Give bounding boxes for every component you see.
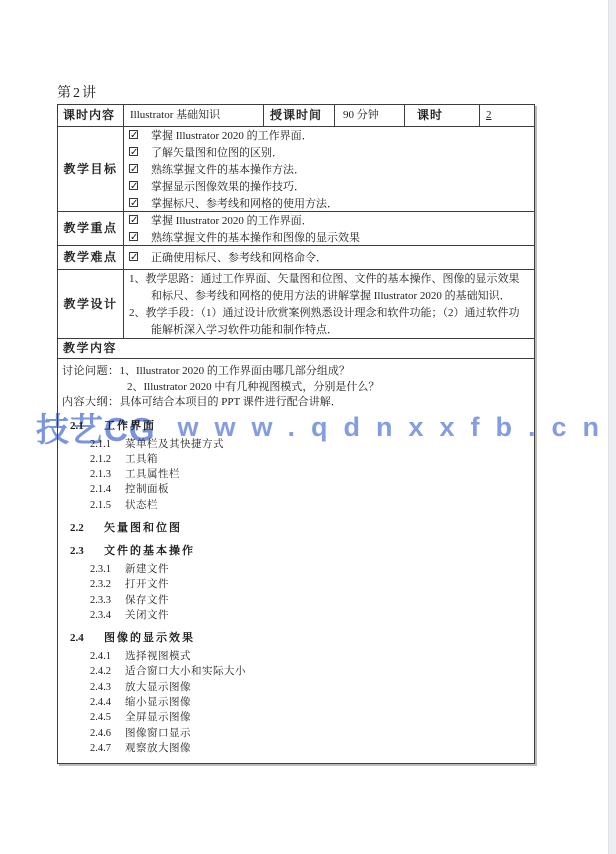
outline-number: 2.1.1: [90, 437, 116, 452]
outline-sub-item: 2.3.3保存文件: [62, 593, 528, 608]
outline-number: 2.2: [70, 521, 94, 536]
outline-number: 2.4.6: [90, 726, 116, 741]
outline-number: 2.3.1: [90, 562, 116, 577]
checked-checkbox-icon: [129, 215, 138, 224]
class-hours-label: 课时: [404, 105, 479, 126]
outline-number: 2.4.5: [90, 710, 116, 725]
teaching-content-body-row: 讨论问题：1、Illustrator 2020 的工作界面由哪几部分组成？ 2、…: [58, 358, 534, 763]
focus-item: 掌握 Illustrator 2020 的工作界面．: [129, 213, 530, 230]
outline-section-heading: 2.4图像的显示效果: [62, 631, 528, 646]
outline-text: 矢量图和位图: [104, 522, 182, 534]
outline-text: 控制面板: [125, 484, 169, 495]
outline-number: 2.1: [70, 419, 94, 434]
outline-sub-item: 2.3.2打开文件: [62, 577, 528, 592]
outline-sub-item: 2.4.1选择视图模式: [62, 649, 528, 664]
outline-sub-item: 2.1.2工具箱: [62, 452, 528, 467]
teaching-design-content: 1、教学思路：通过工作界面、矢量图和位图、文件的基本操作、图像的显示效果和标尺、…: [123, 270, 534, 338]
discussion-question-2: 2、Illustrator 2020 中有几种视图模式，分别是什么？: [62, 380, 528, 396]
focus-item-text: 熟练掌握文件的基本操作和图像的显示效果: [151, 230, 360, 245]
checked-checkbox-icon: [129, 164, 138, 173]
outline-sub-item: 2.4.2适合窗口大小和实际大小: [62, 664, 528, 679]
teaching-focus-row: 教学重点 掌握 Illustrator 2020 的工作界面． 熟练掌握文件的基…: [58, 211, 534, 245]
checked-checkbox-icon: [129, 147, 138, 156]
outline-number: 2.4.1: [90, 649, 116, 664]
outline-number: 2.4.4: [90, 695, 116, 710]
difficulty-item-text: 正确使用标尺、参考线和网格命令．: [151, 250, 327, 267]
checked-checkbox-icon: [129, 232, 138, 241]
difficulty-item: 正确使用标尺、参考线和网格命令．: [129, 250, 327, 267]
class-hours-value: 2: [486, 107, 492, 124]
outline-number: 2.4.2: [90, 664, 116, 679]
outline-sub-item: 2.3.1新建文件: [62, 562, 528, 577]
outline-number: 2.1.2: [90, 452, 116, 467]
outline-note-line: 内容大纲：具体可结合本项目的 PPT 课件进行配合讲解．: [62, 395, 528, 411]
outline-text: 图像窗口显示: [125, 728, 191, 739]
checked-checkbox-icon: [129, 252, 138, 261]
teaching-difficulty-label: 教学难点: [58, 246, 123, 269]
outline-sub-item: 2.4.3放大显示图像: [62, 680, 528, 695]
goal-item: 熟练掌握文件的基本操作方法．: [129, 162, 530, 179]
focus-item: 熟练掌握文件的基本操作和图像的显示效果: [129, 230, 530, 245]
focus-item-text: 掌握 Illustrator 2020 的工作界面．: [151, 213, 313, 230]
teaching-goals-label: 教学目标: [58, 127, 123, 211]
goal-item: 掌握 Illustrator 2020 的工作界面．: [129, 128, 530, 145]
outline-text: 菜单栏及其快捷方式: [125, 439, 224, 450]
teaching-goals-row: 教学目标 掌握 Illustrator 2020 的工作界面． 了解矢量图和位图…: [58, 126, 534, 211]
outline-number: 2.1.4: [90, 482, 116, 497]
outline-number: 2.3.3: [90, 593, 116, 608]
outline-sub-item: 2.4.6图像窗口显示: [62, 726, 528, 741]
checked-checkbox-icon: [129, 198, 138, 207]
outline-number: 2.4: [70, 631, 94, 646]
goal-item-text: 了解矢量图和位图的区别．: [151, 145, 283, 162]
outline-text: 选择视图模式: [125, 651, 191, 662]
outline-text: 放大显示图像: [125, 682, 191, 693]
outline-number: 2.4.7: [90, 741, 116, 756]
outline-number: 2.1.3: [90, 467, 116, 482]
teaching-time-value: 90 分钟: [334, 105, 404, 126]
outline-text: 关闭文件: [125, 610, 169, 621]
lesson-plan-table: 课时内容 Illustrator 基础知识 授课时间 90 分钟 课时 2 教学…: [57, 104, 535, 764]
header-row: 课时内容 Illustrator 基础知识 授课时间 90 分钟 课时 2: [58, 105, 534, 126]
goal-item: 掌握标尺、参考线和网格的使用方法．: [129, 196, 530, 211]
outline-text: 状态栏: [125, 500, 158, 511]
teaching-design-label: 教学设计: [58, 270, 123, 338]
outline-sub-item: 2.1.3工具属性栏: [62, 467, 528, 482]
teaching-content-header-row: 教学内容: [58, 338, 534, 358]
teaching-content-body: 讨论问题：1、Illustrator 2020 的工作界面由哪几部分组成？ 2、…: [58, 359, 534, 763]
discussion-question-1: 1、Illustrator 2020 的工作界面由哪几部分组成？: [120, 365, 350, 377]
design-paragraph: 1、教学思路：通过工作界面、矢量图和位图、文件的基本操作、图像的显示效果和标尺、…: [129, 271, 528, 305]
outline-number: 2.3: [70, 544, 94, 559]
goal-item: 掌握显示图像效果的操作技巧．: [129, 179, 530, 196]
teaching-difficulty-content: 正确使用标尺、参考线和网格命令．: [123, 246, 534, 269]
checked-checkbox-icon: [129, 181, 138, 190]
outline-section-heading: 2.3文件的基本操作: [62, 544, 528, 559]
class-content-value: Illustrator 基础知识: [123, 105, 263, 126]
outline-text: 文件的基本操作: [104, 545, 195, 557]
outline-sub-item: 2.3.4关闭文件: [62, 608, 528, 623]
goal-item-text: 熟练掌握文件的基本操作方法．: [151, 162, 305, 179]
outline-number: 2.3.4: [90, 608, 116, 623]
teaching-focus-label: 教学重点: [58, 212, 123, 245]
goal-item-text: 掌握 Illustrator 2020 的工作界面．: [151, 128, 313, 145]
outline-sub-item: 2.1.4控制面板: [62, 482, 528, 497]
outline-text: 观察放大图像: [125, 743, 191, 754]
checked-checkbox-icon: [129, 130, 138, 139]
outline-text: 工作界面: [104, 420, 156, 432]
teaching-content-label: 教学内容: [58, 339, 534, 358]
teaching-difficulty-row: 教学难点 正确使用标尺、参考线和网格命令．: [58, 245, 534, 269]
outline-section-heading: 2.2矢量图和位图: [62, 521, 528, 536]
content-outline: 2.1工作界面 2.1.1菜单栏及其快捷方式 2.1.2工具箱 2.1.3工具属…: [62, 419, 528, 757]
outline-text: 新建文件: [125, 564, 169, 575]
page-title: 第2讲: [57, 82, 98, 102]
outline-number: 2.3.2: [90, 577, 116, 592]
class-content-label: 课时内容: [58, 105, 123, 126]
outline-number: 2.1.5: [90, 498, 116, 513]
goal-item-text: 掌握标尺、参考线和网格的使用方法．: [151, 196, 338, 211]
teaching-focus-content: 掌握 Illustrator 2020 的工作界面． 熟练掌握文件的基本操作和图…: [123, 212, 534, 245]
outline-text: 打开文件: [125, 579, 169, 590]
outline-sub-item: 2.4.5全屏显示图像: [62, 710, 528, 725]
outline-text: 适合窗口大小和实际大小: [125, 666, 246, 677]
outline-sub-item: 2.4.4缩小显示图像: [62, 695, 528, 710]
goal-item-text: 掌握显示图像效果的操作技巧．: [151, 179, 305, 196]
teaching-time-label: 授课时间: [263, 105, 334, 126]
document-page: 技艺CG www.qdnxxfb.cn 第2讲 课时内容 Illustrator…: [0, 0, 616, 854]
outline-note-label: 内容大纲：: [62, 396, 120, 408]
teaching-design-row: 教学设计 1、教学思路：通过工作界面、矢量图和位图、文件的基本操作、图像的显示效…: [58, 269, 534, 338]
outline-sub-item: 2.1.5状态栏: [62, 498, 528, 513]
outline-text: 缩小显示图像: [125, 697, 191, 708]
outline-text: 图像的显示效果: [104, 632, 195, 644]
discussion-question-line: 讨论问题：1、Illustrator 2020 的工作界面由哪几部分组成？: [62, 364, 528, 380]
discussion-label: 讨论问题：: [62, 365, 120, 377]
outline-text: 全屏显示图像: [125, 712, 191, 723]
outline-sub-item: 2.4.7观察放大图像: [62, 741, 528, 756]
outline-section-heading: 2.1工作界面: [62, 419, 528, 434]
outline-note-text: 具体可结合本项目的 PPT 课件进行配合讲解．: [120, 396, 342, 408]
outline-text: 工具属性栏: [125, 469, 180, 480]
outline-text: 工具箱: [125, 454, 158, 465]
outline-number: 2.4.3: [90, 680, 116, 695]
teaching-goals-content: 掌握 Illustrator 2020 的工作界面． 了解矢量图和位图的区别． …: [123, 127, 534, 211]
outline-sub-item: 2.1.1菜单栏及其快捷方式: [62, 437, 528, 452]
goal-item: 了解矢量图和位图的区别．: [129, 145, 530, 162]
outline-text: 保存文件: [125, 595, 169, 606]
design-paragraph: 2、教学手段：（1）通过设计欣赏案例熟悉设计理念和软件功能；（2）通过软件功能解…: [129, 305, 528, 338]
